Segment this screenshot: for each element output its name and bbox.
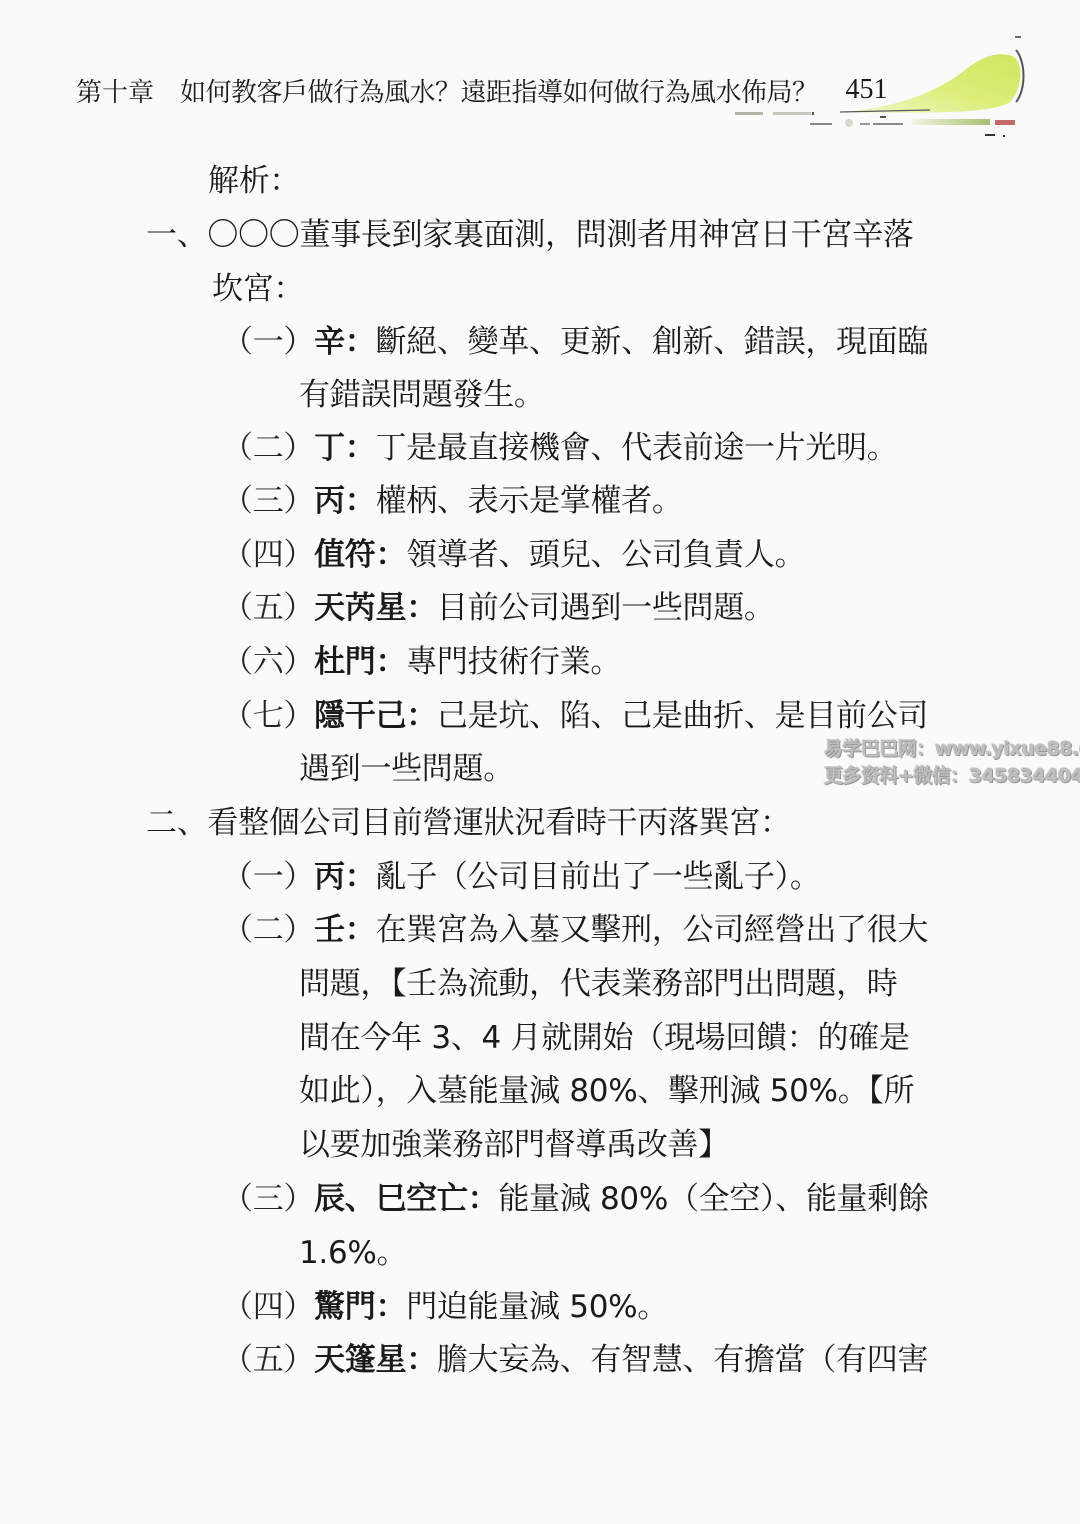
- list-item: （一）丙：亂子（公司目前出了一些亂子）。: [222, 857, 821, 897]
- list-item: （二）丁：丁是最直接機會、代表前途一片光明。: [222, 428, 897, 468]
- page-number: 451: [846, 74, 888, 106]
- item-text-continued: 遇到一些問題。: [299, 749, 514, 789]
- item-text: 丁是最直接機會、代表前途一片光明。: [376, 430, 898, 466]
- item-text: 膽大妄為、有智慧、有擔當（有四害: [437, 1342, 928, 1378]
- watermark: 易学巴巴网：www.yixue88.cn 更多资料+微信：3458344044: [824, 736, 1080, 790]
- chapter-label: 第十章: [76, 72, 154, 109]
- item-text: 目前公司遇到一些問題。: [437, 590, 775, 626]
- section-marker: 一、: [146, 217, 207, 253]
- item-marker: （三）: [222, 1181, 314, 1216]
- item-key: 丙：: [314, 483, 375, 519]
- section-heading: 二、看整個公司目前營運狀況看時干丙落巽宮：: [146, 803, 791, 843]
- section-label: 解析：: [208, 161, 300, 201]
- item-text: 權柄、表示是掌權者。: [376, 483, 683, 519]
- item-key: 丙：: [314, 859, 375, 895]
- watermark-line-contact: 更多资料+微信：3458344044: [824, 763, 1080, 790]
- item-marker: （七）: [222, 698, 314, 733]
- section-heading: 一、〇〇〇董事長到家裏面測，問測者用神宮日干宮辛落: [146, 215, 914, 255]
- item-marker: （五）: [222, 1342, 314, 1377]
- list-item: （四）值符：領導者、頭兒、公司負責人。: [222, 535, 805, 575]
- item-text-continued: 如此），入墓能量減 80%、擊刑減 50%。【所: [299, 1071, 914, 1111]
- item-key: 壬：: [314, 912, 375, 948]
- item-text: 斷絕、變革、更新、創新、錯誤，現面臨: [376, 324, 929, 360]
- list-item: （二）壬：在巽宮為入墓又擊刑，公司經營出了很大: [222, 910, 928, 950]
- item-text: 領導者、頭兒、公司負責人。: [406, 537, 805, 573]
- item-marker: （二）: [222, 430, 314, 465]
- item-marker: （一）: [222, 859, 314, 894]
- item-text: 己是坑、陷、己是曲折、是目前公司: [437, 698, 928, 734]
- item-text: 專門技術行業。: [406, 644, 621, 680]
- list-item: （六）杜門：專門技術行業。: [222, 642, 621, 682]
- item-text: 在巽宮為入墓又擊刑，公司經營出了很大: [376, 912, 929, 948]
- item-text-continued: 以要加強業務部門督導禹改善】: [299, 1125, 729, 1165]
- item-text-continued: 間在今年 3、4 月就開始（現場回饋：的確是: [299, 1018, 910, 1058]
- list-item: （七）隱干己：己是坑、陷、己是曲折、是目前公司: [222, 696, 928, 736]
- list-item: （五）天芮星：目前公司遇到一些問題。: [222, 588, 775, 628]
- item-text: 門迫能量減 50%。: [406, 1289, 668, 1325]
- item-key: 值符：: [314, 537, 406, 573]
- list-item: （一）辛：斷絕、變革、更新、創新、錯誤，現面臨: [222, 322, 928, 362]
- item-text-continued: 有錯誤問題發生。: [299, 375, 545, 415]
- running-header: 第十章 如何教客戶做行為風水？遠距指導如何做行為風水佈局？ 451: [76, 68, 888, 112]
- item-text-continued: 1.6%。: [299, 1233, 407, 1273]
- list-item: （五）天篷星：膽大妄為、有智慧、有擔當（有四害: [222, 1340, 928, 1380]
- item-text-continued: 問題，【壬為流動，代表業務部門出問題，時: [299, 964, 898, 1004]
- section-heading-text: 〇〇〇董事長到家裏面測，問測者用神宮日干宮辛落: [207, 217, 913, 253]
- section-marker: 二、: [146, 805, 207, 841]
- item-marker: （四）: [222, 1289, 314, 1324]
- item-key: 丁：: [314, 430, 375, 466]
- section-heading-text: 看整個公司目前營運狀況看時干丙落巽宮：: [207, 805, 790, 841]
- item-marker: （四）: [222, 537, 314, 572]
- item-marker: （三）: [222, 483, 314, 518]
- item-key: 杜門：: [314, 644, 406, 680]
- list-item: （三）辰、巳空亡：能量減 80%（全空）、能量剩餘: [222, 1179, 929, 1219]
- item-key: 天篷星：: [314, 1342, 437, 1378]
- item-marker: （五）: [222, 590, 314, 625]
- section-heading-continued: 坎宮：: [212, 269, 304, 309]
- item-key: 天芮星：: [314, 590, 437, 626]
- list-item: （三）丙：權柄、表示是掌權者。: [222, 481, 683, 521]
- item-text: 亂子（公司目前出了一些亂子）。: [376, 859, 821, 895]
- item-marker: （二）: [222, 912, 314, 947]
- item-text: 能量減 80%（全空）、能量剩餘: [498, 1181, 928, 1217]
- watermark-line-site: 易学巴巴网：www.yixue88.cn: [824, 736, 1080, 763]
- chapter-title: 如何教客戶做行為風水？遠距指導如何做行為風水佈局？: [180, 72, 818, 109]
- item-marker: （六）: [222, 644, 314, 679]
- list-item: （四）驚門：門迫能量減 50%。: [222, 1287, 668, 1327]
- item-marker: （一）: [222, 324, 314, 359]
- item-key: 辛：: [314, 324, 375, 360]
- item-key: 隱干己：: [314, 698, 437, 734]
- item-key: 驚門：: [314, 1289, 406, 1325]
- item-key: 辰、巳空亡：: [314, 1181, 498, 1217]
